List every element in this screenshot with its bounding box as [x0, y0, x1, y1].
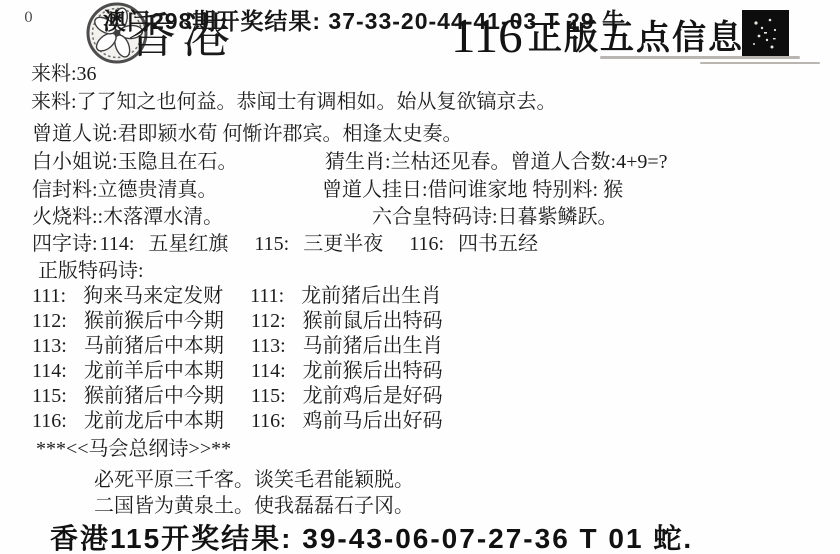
tema-left-num: 116: — [32, 410, 67, 432]
zonggang-poem-line: 必死平原三千客。谈笑毛君能颖脱。 — [94, 467, 414, 493]
material-line-1: 来料:36 — [31, 61, 97, 87]
liuhehuang-poem-line: 六合皇特码诗:日暮紫鳞跃。 — [372, 204, 618, 230]
tema-left-text: 狗来马来定发财 — [83, 285, 223, 307]
zengdaoren-saying: 曾道人说:君即颍水荀 何惭许郡宾。相逢太史奏。 — [32, 121, 463, 147]
tema-poem-row: 115: 猴前猪后中今期 115: 龙前鸡后是好码 — [32, 383, 443, 409]
four-char-poem-num: 115: — [254, 231, 289, 257]
tema-right-num: 116: — [251, 410, 286, 432]
scan-artifact — [700, 62, 820, 64]
tema-left-num: 111: — [32, 285, 66, 307]
seal-stamp-icon — [742, 10, 789, 56]
tema-left-text: 龙前龙后中本期 — [84, 410, 224, 432]
tema-poem-row: 114: 龙前羊后中本期 114: 龙前猴后出特码 — [32, 358, 443, 384]
tema-poem-row: 113: 马前猪后中本期 113: 马前猪后出生肖 — [32, 333, 443, 359]
tema-left-num: 115: — [32, 385, 67, 407]
tema-right-text: 鸡前马后出好码 — [303, 410, 443, 432]
fire-material-line: 火烧料::木落潭水清。 — [32, 204, 223, 230]
four-char-poem-num: 114: — [100, 231, 135, 257]
four-char-poem-label: 四字诗: — [32, 233, 98, 255]
tema-right-num: 112: — [251, 310, 286, 332]
tema-left-text: 龙前羊后中本期 — [84, 360, 224, 382]
issue-number: 116 — [451, 11, 523, 60]
four-char-poem-text: 三更半夜 — [303, 231, 383, 257]
corner-mark: 0 — [24, 10, 33, 26]
scanned-lottery-sheet: 0 澳门298期开奖结果: 37-33-20-44-41-03 T 29 牛 香… — [0, 0, 840, 554]
tema-left-num: 112: — [32, 310, 67, 332]
zengdaoren-guari-line: 曾道人挂日:借问谁家地 特别料: 猴 — [322, 177, 623, 203]
tema-right-text: 猴前鼠后出特码 — [303, 310, 443, 332]
tema-right-text: 龙前猪后出生肖 — [301, 285, 441, 307]
tema-poem-row: 112: 猴前猴后中今期 112: 猴前鼠后出特码 — [32, 308, 443, 334]
tema-right-num: 114: — [251, 360, 286, 382]
zodiac-guess-line: 猜生肖:兰枯还见春。曾道人合数:4+9=? — [325, 149, 668, 175]
tema-right-num: 113: — [251, 335, 286, 357]
tema-left-num: 114: — [32, 360, 67, 382]
tema-left-num: 113: — [32, 335, 67, 357]
envelope-material-line: 信封料:立德贵清真。 — [32, 177, 218, 203]
scan-artifact — [600, 56, 800, 59]
baixiaojie-saying: 白小姐说:玉隐且在石。 — [32, 149, 238, 175]
zonggang-poem-line: 二国皆为黄泉土。使我磊磊石子冈。 — [94, 493, 414, 519]
four-char-poem-text: 四书五经 — [458, 231, 538, 257]
tema-left-text: 猴前猪后中今期 — [84, 385, 224, 407]
zonggang-heading: ***<<马会总纲诗>>** — [36, 436, 231, 462]
tema-right-text: 马前猪后出生肖 — [303, 335, 443, 357]
sheet-title: 正版五点信息 — [528, 20, 744, 58]
tema-poems-heading: 正版特码诗: — [38, 258, 144, 284]
four-char-poem-text: 五星红旗 — [148, 231, 228, 257]
hk-result-line: 香港115开奖结果: 39-43-06-07-27-36 T 01 蛇. — [50, 517, 693, 554]
tema-right-text: 龙前鸡后是好码 — [303, 385, 443, 407]
tema-poem-row: 116: 龙前龙后中本期 116: 鸡前马后出好码 — [32, 408, 443, 434]
tema-left-text: 马前猪后中本期 — [84, 335, 224, 357]
tema-right-num: 111: — [250, 285, 284, 307]
four-char-poem-row: 四字诗:114:五星红旗115:三更半夜116:四书五经 — [32, 231, 538, 257]
tema-poem-row: 111: 狗来马来定发财 111: 龙前猪后出生肖 — [32, 283, 441, 309]
four-char-poem-num: 116: — [409, 231, 444, 257]
tema-right-num: 115: — [251, 385, 286, 407]
region-title: 香港 — [128, 13, 236, 61]
tema-right-text: 龙前猴后出特码 — [303, 360, 443, 382]
tema-left-text: 猴前猴后中今期 — [84, 310, 224, 332]
material-line-2: 来料:了了知之也何益。恭闻士有调相如。始从复欲镐京去。 — [31, 89, 557, 115]
